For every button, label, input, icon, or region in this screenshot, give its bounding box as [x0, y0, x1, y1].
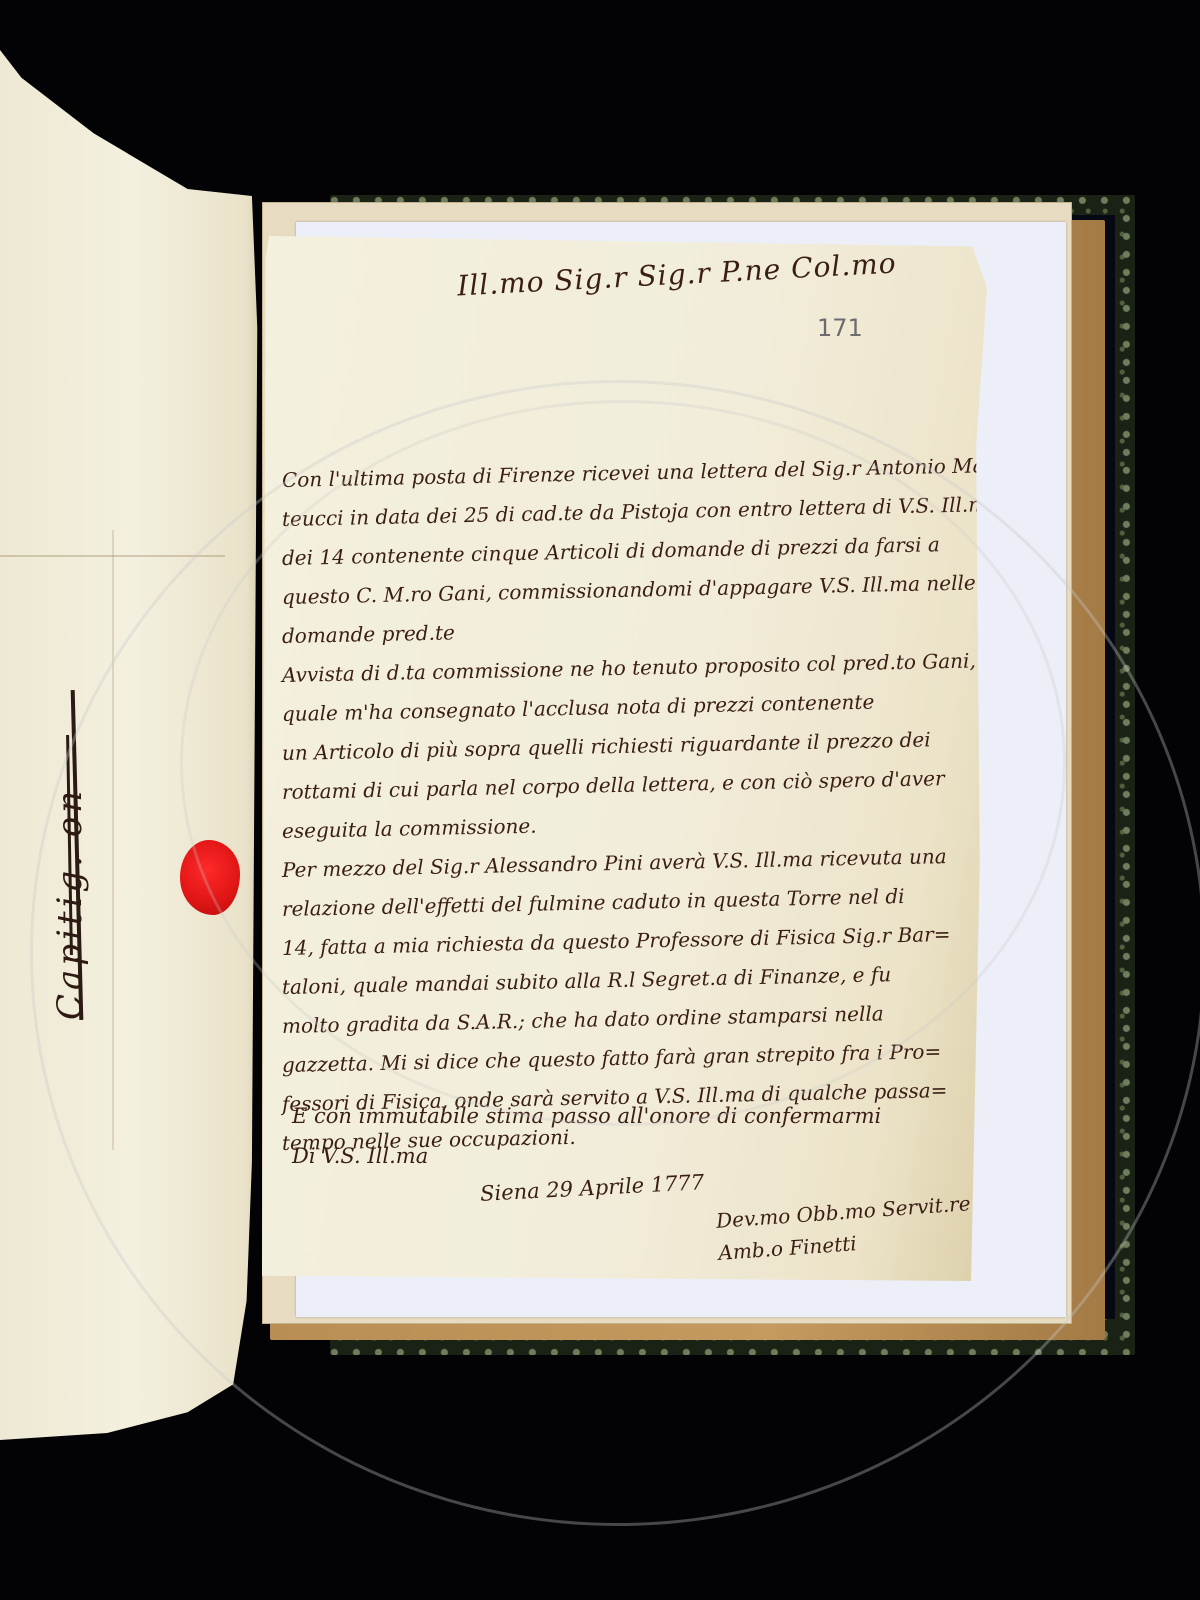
document-photo: Ill.mo Sig.r Sig.r P.ne Col.mo 171 Con l… [0, 0, 1200, 1600]
left-folded-page: Capitig. on [0, 50, 268, 1440]
signature-block: Dev.mo Obb.mo Servit.re Amb.o Finetti [715, 1187, 974, 1269]
folio-number: 171 [817, 314, 863, 342]
letter-body: Con l'ultima posta di Firenze ricevei un… [282, 461, 972, 1163]
red-wax-seal [180, 840, 240, 915]
salutation: Ill.mo Sig.r Sig.r P.ne Col.mo [456, 247, 897, 303]
closing-line: Di V.S. Ill.ma [292, 1136, 982, 1176]
closing-formula: E con immutabile stima passo all'onore d… [292, 1096, 982, 1176]
closing-line: E con immutabile stima passo all'onore d… [292, 1096, 982, 1136]
endorsement: Capitig. on [0, 690, 120, 1020]
letter-page: Ill.mo Sig.r Sig.r P.ne Col.mo 171 Con l… [262, 236, 987, 1281]
